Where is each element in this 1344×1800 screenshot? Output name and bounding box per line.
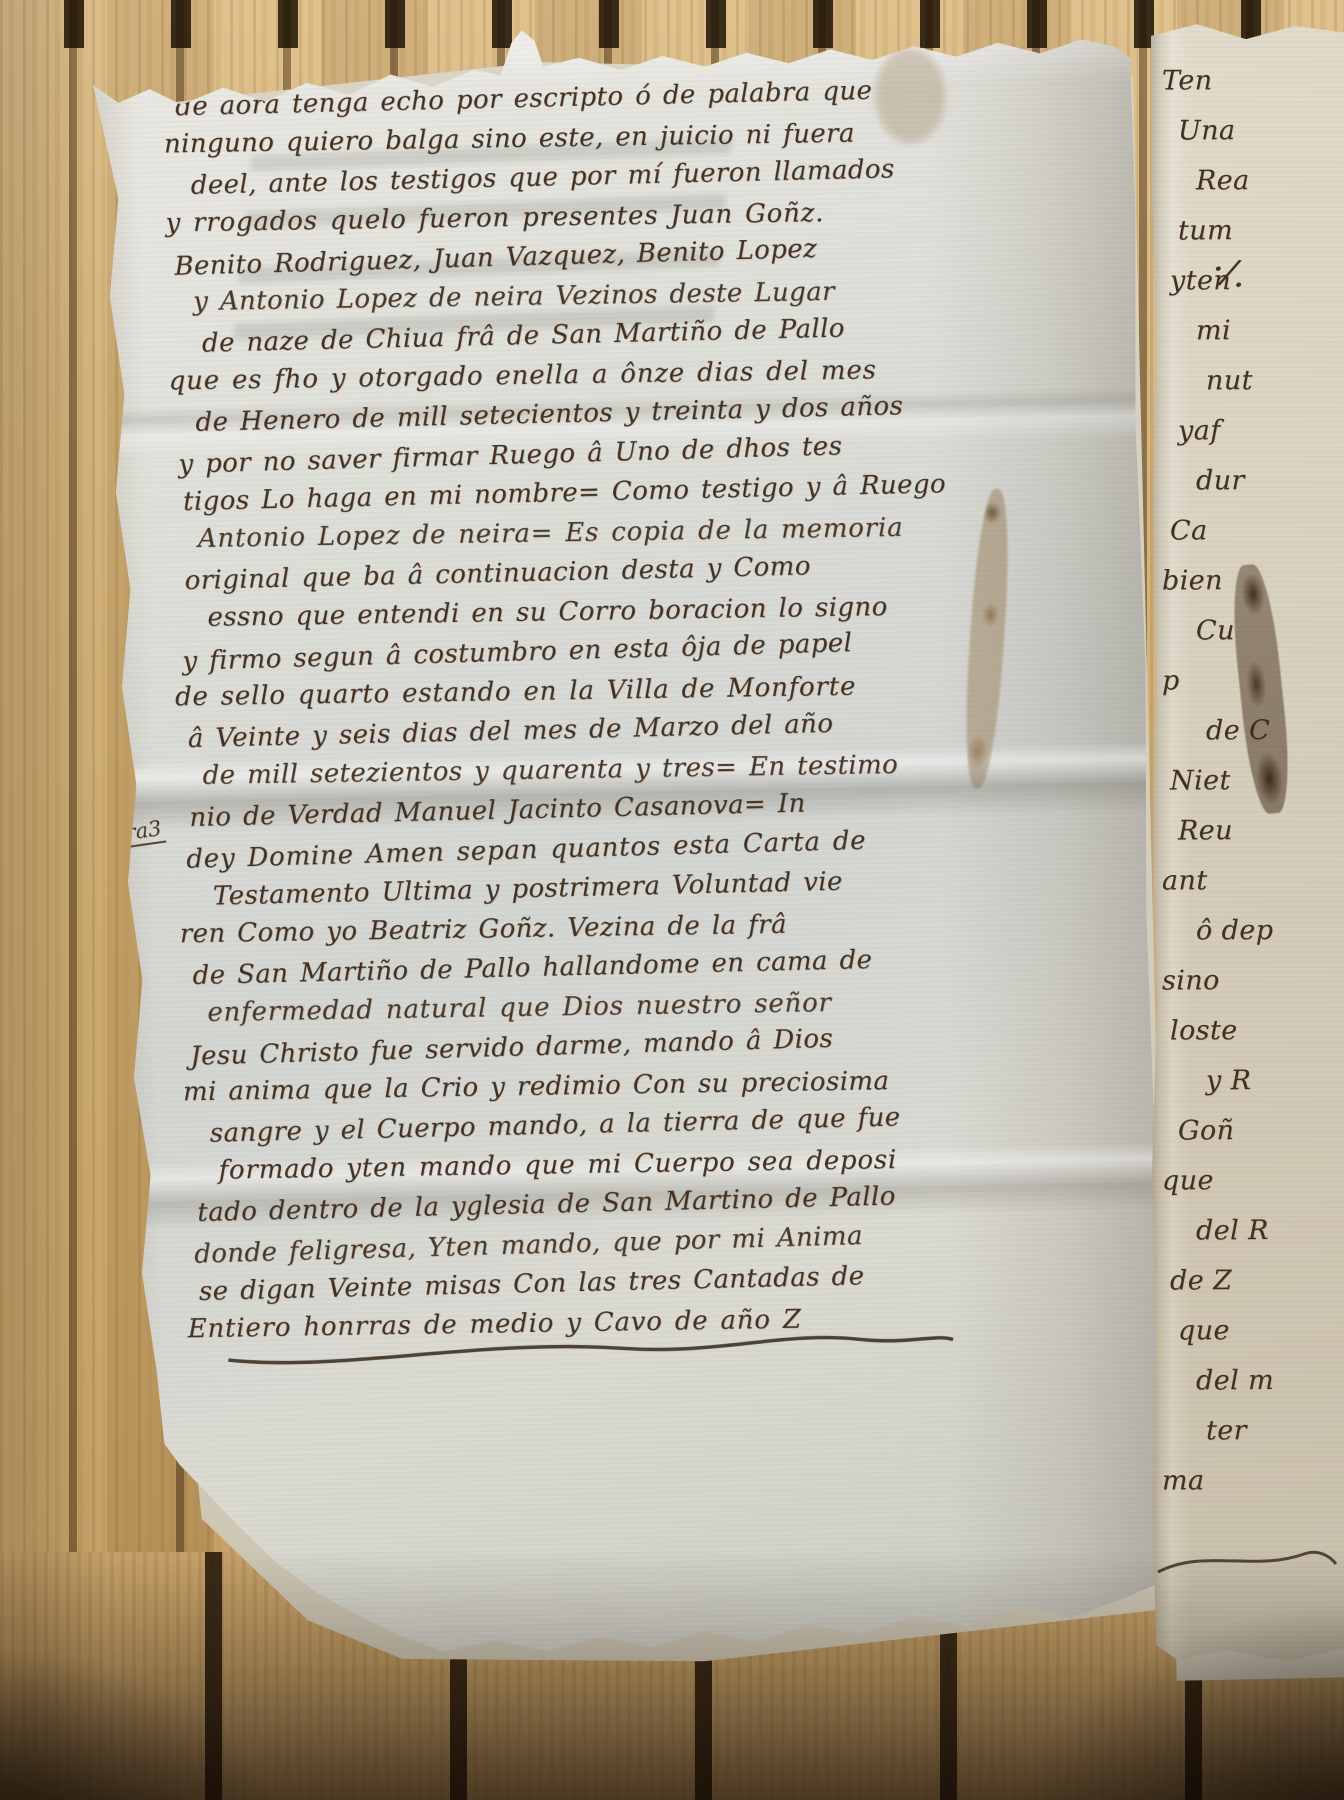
handwritten-fragment: dur xyxy=(1196,456,1344,507)
handwritten-fragment: yaf xyxy=(1178,406,1344,457)
handwritten-fragment: ma xyxy=(1162,1456,1344,1507)
handwritten-fragment: y R xyxy=(1206,1056,1344,1107)
handwritten-fragment: mi xyxy=(1196,306,1344,357)
handwritten-fragment: Ca xyxy=(1170,506,1344,557)
handwritten-fragment: del R xyxy=(1196,1206,1344,1257)
smudge-stain xyxy=(874,47,946,143)
handwritten-fragment: ô dep xyxy=(1196,906,1344,957)
handwritten-fragment: loste xyxy=(1170,1006,1344,1057)
flourish-underline-right xyxy=(1154,1538,1340,1588)
plank-gap-slots xyxy=(0,0,1344,48)
handwritten-fragment: de Z xyxy=(1170,1256,1344,1307)
photo-of-manuscript: 4 de aora tenga echo por escripto ó de p… xyxy=(0,0,1344,1800)
handwritten-fragment: Ten xyxy=(1162,56,1344,107)
handwritten-fragment: Reu xyxy=(1178,806,1344,857)
handwritten-fragment: nut xyxy=(1206,356,1344,407)
handwritten-fragment: ant xyxy=(1162,856,1344,907)
manuscript-page-right: ·/. TenUnaReatumytenminutyafdurCabienCup… xyxy=(1148,16,1344,1668)
handwritten-fragment: Rea xyxy=(1196,156,1344,207)
handwritten-fragment: del m xyxy=(1196,1356,1344,1407)
water-stain xyxy=(960,488,1014,790)
handwritten-fragment: Una xyxy=(1178,106,1344,157)
handwritten-fragment: que xyxy=(1162,1156,1344,1207)
handwritten-fragment: yten xyxy=(1170,256,1344,307)
handwritten-fragment: que xyxy=(1178,1306,1344,1357)
manuscript-page-main: 4 de aora tenga echo por escripto ó de p… xyxy=(86,16,1166,1665)
handwritten-text-block: de aora tenga echo por escripto ó de pal… xyxy=(175,72,942,1351)
handwritten-fragment: sino xyxy=(1162,956,1344,1007)
handwritten-fragment: ter xyxy=(1206,1406,1344,1457)
handwritten-fragment: Goñ xyxy=(1178,1106,1344,1157)
handwritten-fragment: tum xyxy=(1178,206,1344,257)
